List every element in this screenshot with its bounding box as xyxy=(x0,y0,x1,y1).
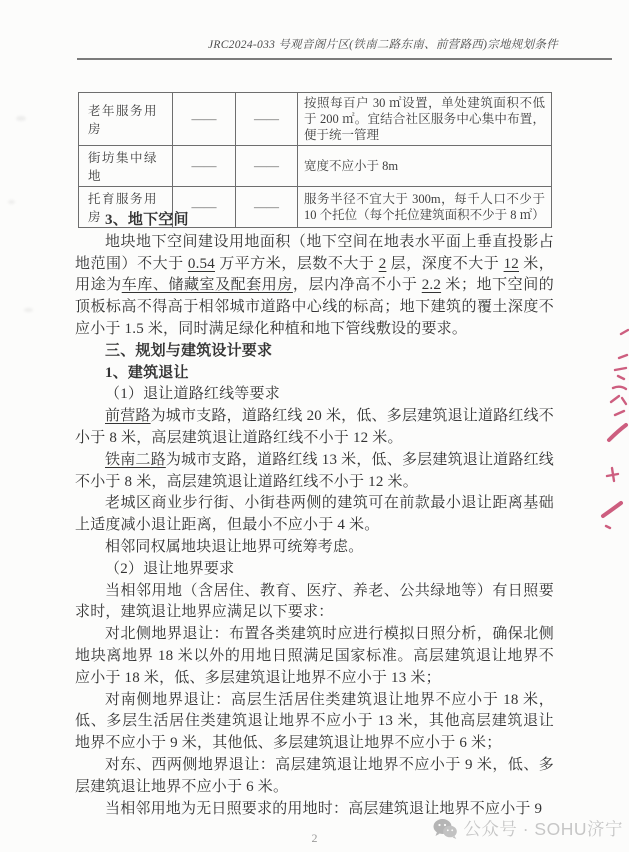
heading-underground-space: 3、地下空间 xyxy=(75,210,554,232)
text-segment: ，层内净高不小于 xyxy=(293,277,422,293)
paragraph-eastwest-boundary: 对东、西两侧地界退让：高层建筑退让地界不应小于 9 米，低、多层建筑退让地界不应… xyxy=(75,755,554,799)
watermark: 公众号 · SOHU济宁 xyxy=(433,816,623,841)
text-segment-underlined: 前营路 xyxy=(105,408,151,424)
requirements-table: 老年服务用房 —— —— 按照每百户 30 ㎡设置，单处建筑面积不低于 200 … xyxy=(78,92,552,228)
wechat-icon xyxy=(433,818,457,840)
text-segment-underlined: 2.2 xyxy=(422,277,441,293)
paragraph-north-boundary: 对北侧地界退让：布置各类建筑时应进行模拟日照分析，确保北侧地块离地界 18 米以… xyxy=(75,624,554,689)
row-dash: —— xyxy=(236,146,298,187)
heading-building-setback: 1、建筑退让 xyxy=(75,363,554,385)
text-segment: 层，深度不大于 xyxy=(386,256,503,272)
row-desc: 按照每百户 30 ㎡设置，单处建筑面积不低于 200 ㎡。宜结合社区服务中心集中… xyxy=(298,93,552,146)
table-row: 街坊集中绿地 —— —— 宽度不应小于 8m xyxy=(79,146,552,187)
paragraph-underground-space: 地块地下空间建设用地面积（地下空间在地表水平面上垂直投影占地范围）不大于 0.5… xyxy=(75,232,554,341)
document-body: 3、地下空间 地块地下空间建设用地面积（地下空间在地表水平面上垂直投影占地范围）… xyxy=(75,210,554,820)
doc-reference: JRC2024-033 号观音阁片区(铁南二路东南、前营路西)宗地规划条件 xyxy=(208,39,558,51)
row-dash: —— xyxy=(173,93,236,146)
paragraph-south-boundary: 对南侧地界退让：高层生活居住类建筑退让地界不应小于 18 米，低、多层生活居住类… xyxy=(75,690,554,755)
paragraph-oldtown: 老城区商业步行街、小街巷两侧的建筑可在前款最小退让距离基础上适度减小退让距离，但… xyxy=(75,493,554,537)
text-segment-underlined: 车库、储藏室及配套用房 xyxy=(122,277,293,293)
watermark-text: 公众号 · SOHU济宁 xyxy=(463,816,623,841)
paragraph-same-owner: 相邻同权属地块退让地界可统筹考虑。 xyxy=(75,537,554,559)
row-desc: 宽度不应小于 8m xyxy=(298,146,552,187)
text-segment-underlined: 铁南二路 xyxy=(105,452,166,468)
heading-road-redline: （1）退让道路红线等要求 xyxy=(75,384,554,406)
header-rule xyxy=(77,58,612,60)
paragraph-tienan-road: 铁南二路为城市支路，道路红线 13 米，低、多层建筑退让道路红线不小于 8 米，… xyxy=(75,450,554,494)
heading-section-three: 三、规划与建筑设计要求 xyxy=(75,341,554,363)
page-header: JRC2024-033 号观音阁片区(铁南二路东南、前营路西)宗地规划条件 xyxy=(80,36,558,52)
row-label: 老年服务用房 xyxy=(79,93,173,146)
heading-boundary-setback: （2）退让地界要求 xyxy=(75,559,554,581)
text-segment: 万平方米，层数不大于 xyxy=(215,256,379,272)
row-dash: —— xyxy=(236,93,298,146)
text-segment-underlined: 12 xyxy=(504,256,519,272)
red-seal-marks xyxy=(599,318,629,568)
paragraph-qianying-road: 前营路为城市支路，道路红线 20 米，低、多层建筑退让道路红线不小于 8 米，高… xyxy=(75,406,554,450)
row-dash: —— xyxy=(173,146,236,187)
table-row: 老年服务用房 —— —— 按照每百户 30 ㎡设置，单处建筑面积不低于 200 … xyxy=(79,93,552,146)
scan-smudge xyxy=(8,200,15,204)
scan-smudge xyxy=(16,116,26,121)
paragraph-adjacent-land: 当相邻用地（含居住、教育、医疗、养老、公共绿地等）有日照要求时，建筑退让地界应满… xyxy=(75,581,554,625)
row-label: 街坊集中绿地 xyxy=(79,146,173,187)
document-page: JRC2024-033 号观音阁片区(铁南二路东南、前营路西)宗地规划条件 老年… xyxy=(0,0,629,852)
scan-smudge xyxy=(24,308,33,312)
text-segment-underlined: 0.54 xyxy=(188,256,215,272)
